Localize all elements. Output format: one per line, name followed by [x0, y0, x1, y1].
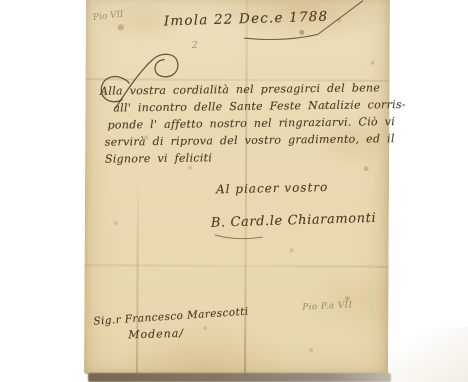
pencil-small-mark: 2 — [191, 40, 198, 51]
photo-corner-tint — [378, 327, 468, 382]
pencil-note-bottom-right: Pio P.a VII — [302, 300, 353, 312]
manuscript-letter-photo: Pio VII Imola 22 Dec.e 1788 2 Alla vostr… — [0, 0, 468, 382]
recipient-name: Sig.r Francesco Marescotti — [93, 306, 249, 328]
pencil-note-top-left: Pio VII — [92, 10, 124, 24]
signature-flourish — [215, 235, 263, 239]
paper-bottom-shadow — [88, 373, 391, 382]
body-line-2: all' incontro delle Sante Feste Natalizi… — [113, 98, 406, 115]
body-line-5: Signore vi feliciti — [105, 151, 212, 165]
body-line-4: servirà di riprova del vostro gradimento… — [105, 132, 395, 149]
fold-crease-horizontal-mid — [85, 264, 389, 268]
letter-closing: Al piacer vostro — [216, 180, 329, 196]
letter-signature: B. Card.le Chiaramonti — [211, 211, 377, 231]
letter-dateline: Imola 22 Dec.e 1788 — [164, 9, 329, 30]
letter-sheet: Pio VII Imola 22 Dec.e 1788 2 Alla vostr… — [84, 0, 390, 376]
fold-crease-vertical-left — [136, 176, 139, 374]
recipient-city: Modena/ — [128, 327, 184, 342]
body-line-1: Alla vostra cordialità nel presagirci de… — [100, 81, 380, 97]
body-line-3: ponde l' affetto nostro nel ringraziarvi… — [107, 115, 395, 132]
